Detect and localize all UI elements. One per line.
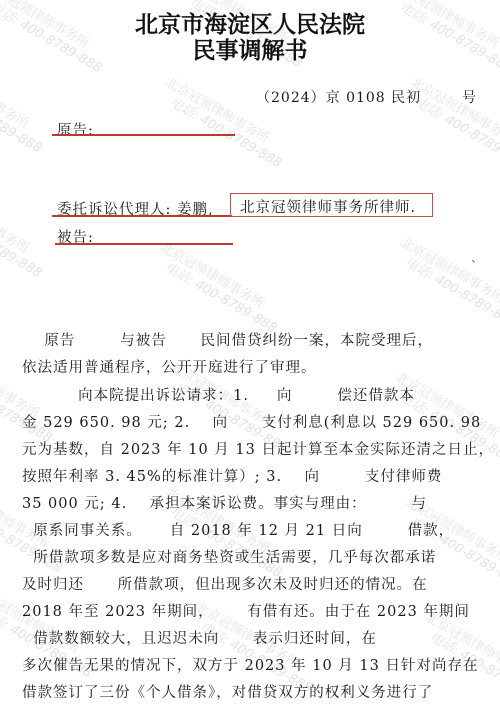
body-line: 及时归还 所借款项，但出现多次未及时归还的情况。在: [22, 573, 428, 594]
body-line: 所借款项多数是应对商务垫资或生活需要，几乎每次都承诺: [22, 546, 436, 567]
body-line: 35 000 元; 4. 承担本案诉讼费。事实与理由： 与: [22, 492, 427, 513]
plaintiff-label: 原告:: [57, 119, 94, 140]
plaintiff-redaction-underline: [52, 134, 235, 136]
agent-underline: [52, 215, 232, 217]
watermark: 北京冠领律师事务所电话: 400-8789-888: [0, 185, 52, 281]
body-line: 借款签订了三份《个人借条》，对借贷双方的权利义务进行了: [22, 681, 433, 702]
body-line: 依法适用普通程序，公开开庭进行了审理。: [22, 356, 317, 377]
case-number-suffix: 号: [462, 87, 476, 107]
body-line: 原告 与被告 民间借贷纠纷一案，本院受理后，: [22, 329, 433, 350]
body-line: 向本院提出诉讼请求：1. 向 偿还借款本: [22, 384, 415, 405]
body-line: 金 529 650. 98 元; 2. 向 支付利息(利息以 529 650. …: [22, 411, 481, 432]
body-line: 2018 年至 2023 年期间， 有借有还。由于在 2023 年期间: [22, 600, 470, 621]
watermark: 北京冠领律师事务所电话: 400-8789-888: [0, 60, 52, 156]
body-line: 原系同事关系。 自 2018 年 12 月 21 日向 借款，: [22, 519, 454, 540]
agent-law-firm: 北京冠领律师事务所律师.: [240, 196, 416, 217]
body-line: 元为基数，自 2023 年 10 月 13 日起计算至本金实际还清之日止，: [22, 438, 494, 459]
body-line: 借款数额较大，且迟迟未向 表示归还时间，在: [22, 627, 377, 648]
watermark: 北京冠领律师事务所电话: 400-8789-888: [390, 235, 500, 331]
body-line: 按照年利率 3. 45%的标准计算）; 3. 向 支付律师费: [22, 465, 442, 486]
case-number: （2024）京 0108 民初: [256, 87, 421, 107]
defendant-redaction-underline: [55, 243, 233, 245]
body-line: 多次催告无果的情况下，双方于 2023 年 10 月 13 日针对尚存在: [22, 654, 478, 675]
stray-mark: ˋ: [471, 259, 477, 273]
document-page: 北京冠领律师事务所电话: 400-8789-888 北京冠领律师事务所电话: 4…: [0, 0, 500, 706]
document-type-title: 民事调解书: [0, 32, 500, 65]
watermark: 北京冠领律师事务所电话: 400-8789-888: [150, 240, 287, 336]
